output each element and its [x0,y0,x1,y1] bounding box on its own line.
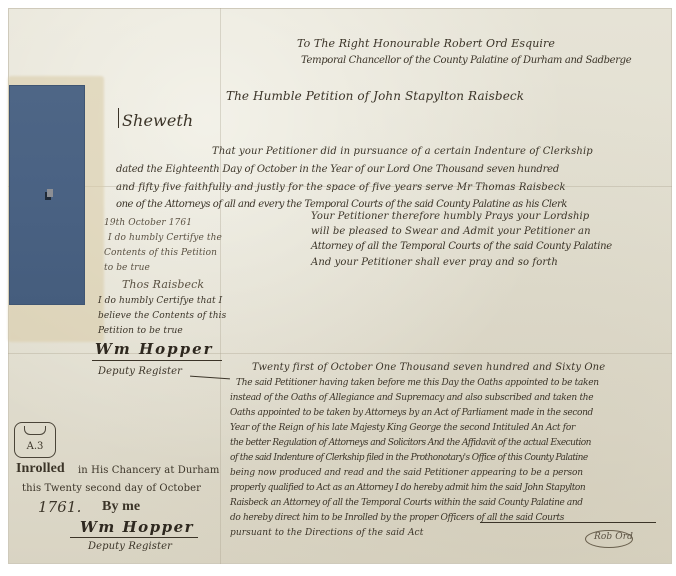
enrolment-year: 1761. [38,500,81,515]
enrolment-signature: Wm Hopper [80,520,194,535]
prayer-line: Attorney of all the Temporal Courts of t… [311,242,612,252]
signature-underline [92,360,222,361]
certificate-line: believe the Contents of this [98,312,226,321]
body-line: and fifty five faithfully and justly for… [116,183,566,193]
enrolment-role: Deputy Register [88,542,172,552]
crown-icon [24,426,46,435]
enrolment-by-me: By me [102,500,140,514]
order-line: Twenty first of October One Thousand sev… [252,363,605,373]
prayer-line: will be pleased to Swear and Admit your … [311,227,591,237]
prayer-line: And your Petitioner shall ever pray and … [311,258,558,268]
order-line: of the said Indenture of Clerkship filed… [230,454,588,463]
certificate-line: to be true [104,264,150,273]
order-line: pursuant to the Directions of the said A… [230,529,423,538]
body-line: That your Petitioner did in pursuance of… [212,147,593,157]
order-line: Year of the Reign of his late Majesty Ki… [230,424,575,433]
order-line: instead of the Oaths of Allegiance and S… [230,394,593,403]
order-signature: Rob Ord [594,533,633,542]
order-underline [480,522,656,523]
order-line: the better Regulation of Attorneys and S… [230,439,591,448]
certificate-line: I do humbly Certifye that I [98,297,222,306]
petition-title: The Humble Petition of John Stapylton Ra… [226,90,524,102]
blue-paper-tab [9,85,85,305]
bracket-mark [118,108,119,128]
certificate-line: I do humbly Certifye the [108,234,222,243]
registry-stamp: A.3 [14,422,56,458]
pin-mark [47,189,53,197]
order-line: The said Petitioner having taken before … [236,379,599,388]
enrolment-line: in His Chancery at Durham [78,466,219,476]
prayer-line: Your Petitioner therefore humbly Prays y… [311,212,589,222]
order-line: Raisbeck an Attorney of all the Temporal… [230,499,583,508]
fold-line [220,8,221,564]
body-line: dated the Eighteenth Day of October in t… [116,165,559,175]
signature-underline [70,537,198,538]
address-line-2: Temporal Chancellor of the County Palati… [301,56,631,66]
sheweth-heading: Sheweth [122,113,193,129]
certificate-role: Deputy Register [98,367,182,377]
certificate-date: 19th October 1761 [104,219,192,228]
inrolled-heading: Inrolled [16,462,65,476]
body-line: one of the Attorneys of all and every th… [116,200,567,210]
order-line: Oaths appointed to be taken by Attorneys… [230,409,593,418]
order-line: being now produced and read and the said… [230,469,583,478]
certificate-line: Petition to be true [98,327,183,336]
certificate-line: Contents of this Petition [104,249,217,258]
enrolment-line: this Twenty second day of October [22,484,201,494]
stamp-label: A.3 [15,441,55,452]
order-line: properly qualified to Act as an Attorney… [230,484,585,493]
certificate-signature: Wm Hopper [95,342,214,357]
address-line-1: To The Right Honourable Robert Ord Esqui… [297,38,555,49]
certificate-signature: Thos Raisbeck [122,279,204,290]
